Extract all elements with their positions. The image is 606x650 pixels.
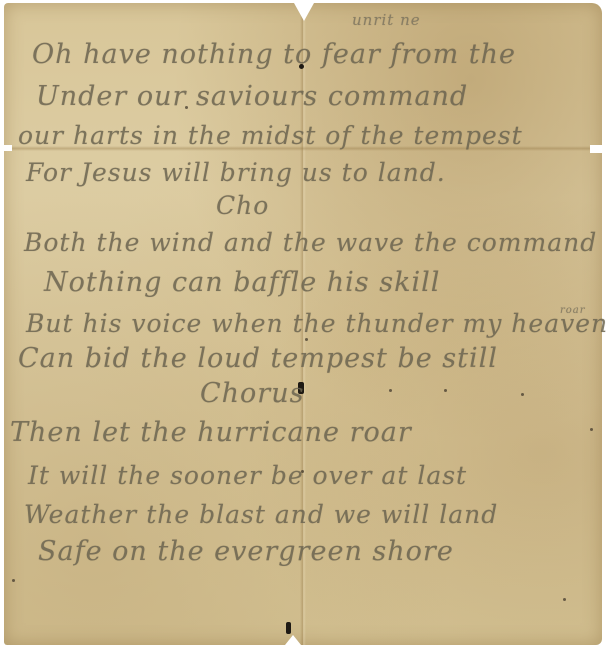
chorus-1-line-1: Both the wind and the wave the command <box>24 228 597 257</box>
ink-speck <box>563 598 566 601</box>
chorus-1-line-4: Can bid the loud tempest be still <box>18 343 498 374</box>
ink-speck <box>12 579 15 582</box>
chorus-1-line-2: Nothing can baffle his skill <box>44 267 440 298</box>
verse-line-4: For Jesus will bring us to land. <box>26 158 446 187</box>
verse-line-2: Under our saviours command <box>36 81 468 112</box>
chorus-2-line-1: Then let the hurricane roar <box>10 417 412 448</box>
left-edge-tear <box>0 145 12 151</box>
verse-line-3: our harts in the midst of the tempest <box>18 121 523 150</box>
right-edge-tear <box>590 145 606 153</box>
ink-speck <box>521 393 524 396</box>
chorus-2-line-2: It will the sooner be over at last <box>28 461 467 490</box>
ink-speck <box>389 389 392 392</box>
chorus-2-line-3: Weather the blast and we will land <box>24 500 498 529</box>
ink-speck <box>305 338 308 341</box>
fold-hole <box>286 622 291 634</box>
chorus-2-line-4: Safe on the evergreen shore <box>38 536 454 567</box>
ink-speck <box>444 389 447 392</box>
header-fragment: unrit ne <box>352 11 421 29</box>
manuscript-page: unrit ne Oh have nothing to fear from th… <box>4 3 602 645</box>
verse-line-1: Oh have nothing to fear from the <box>32 39 516 70</box>
chorus-1-line-3: But his voice when the thunder my heaven… <box>26 309 606 338</box>
ink-speck <box>590 428 593 431</box>
chorus-label-1: Cho <box>216 191 269 220</box>
top-tear-notch <box>294 3 314 21</box>
chorus-label-2: Chorus <box>200 378 304 409</box>
bottom-tear-notch <box>285 635 301 645</box>
